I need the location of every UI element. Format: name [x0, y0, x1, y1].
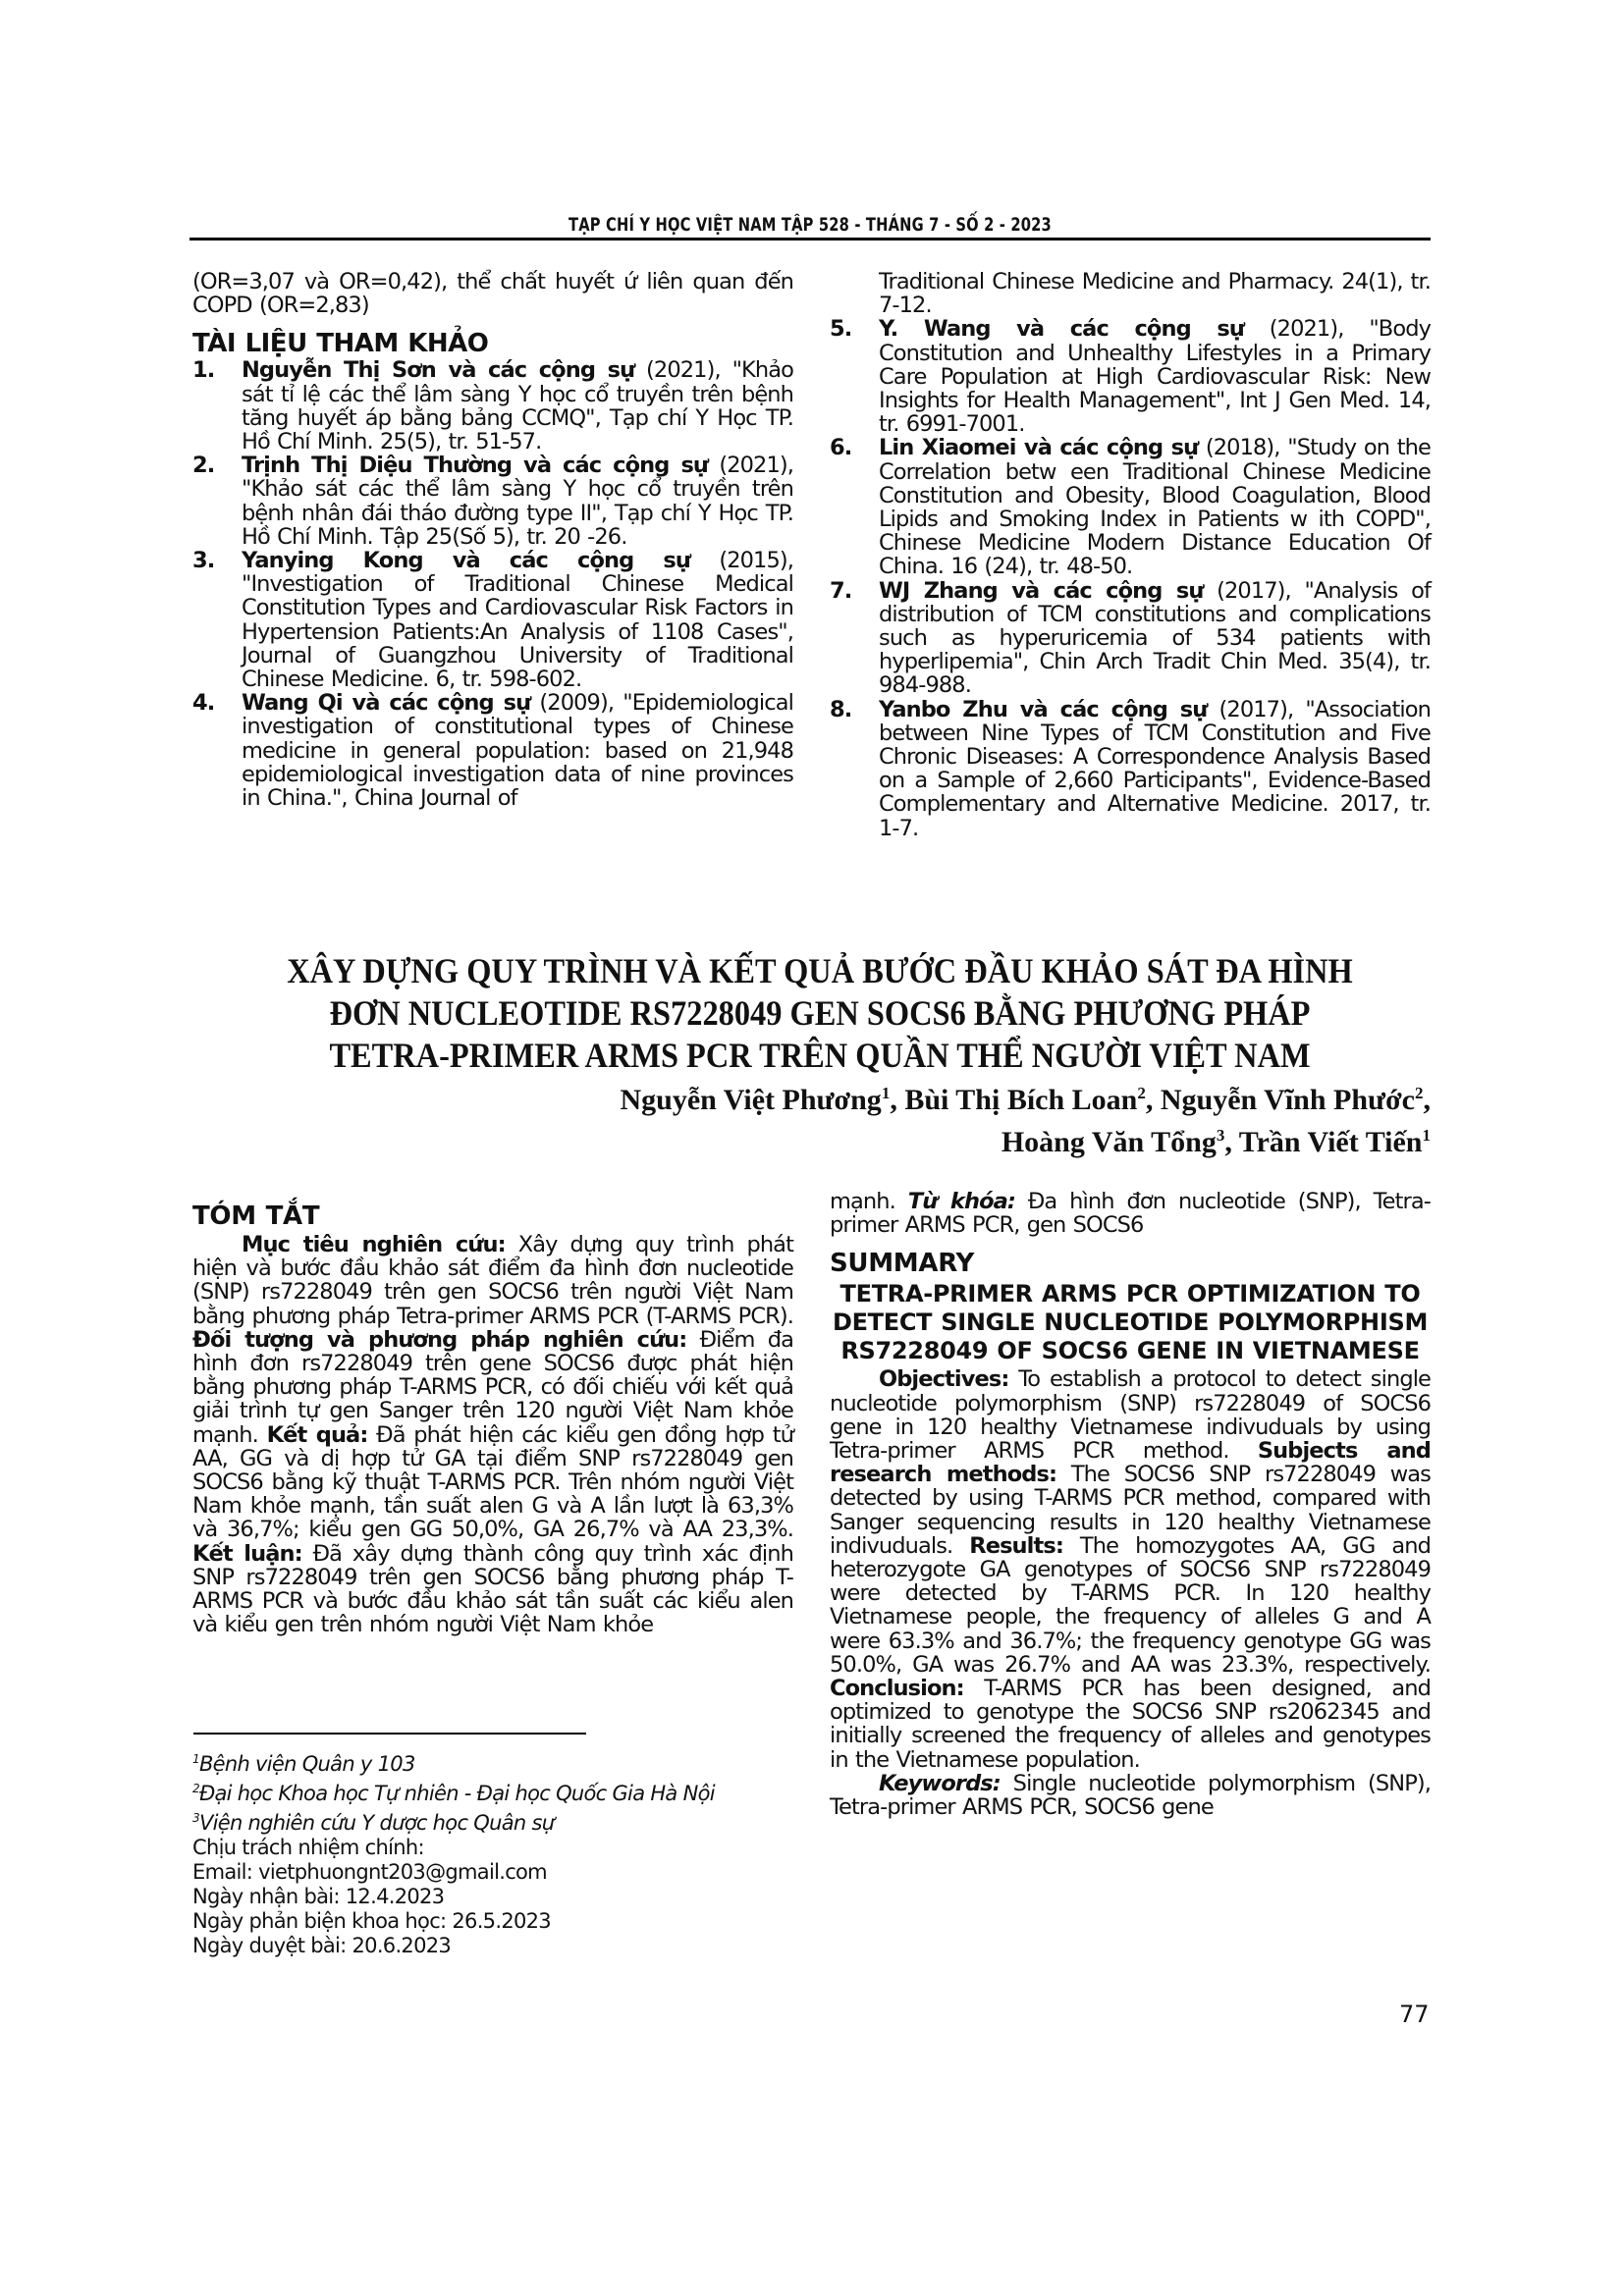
left-column-top: (OR=3,07 và OR=0,42), thể chất huyết ứ l…	[192, 270, 793, 810]
affiliation-1: 1Bệnh viện Quân y 103	[192, 1747, 801, 1777]
date-received: Ngày nhận bài: 12.4.2023	[192, 1885, 801, 1909]
footnotes: 1Bệnh viện Quân y 103 2Đại học Khoa học …	[192, 1747, 801, 1958]
author-name: Hoàng Văn Tổng	[1001, 1126, 1217, 1158]
abstract-vietnamese: TÓM TẮT Mục tiêu nghiên cứu: Xây dựng qu…	[192, 1196, 793, 1636]
reference-authors: Wang Qi và các cộng sự	[242, 690, 530, 716]
footnote-rule	[193, 1733, 586, 1735]
author-name: Trần Viết Tiến	[1239, 1126, 1423, 1158]
reference-authors: Nguyễn Thị Sơn và các cộng sự	[242, 357, 634, 383]
affiliation-3: 3Viện nghiên cứu Y dược học Quân sự	[192, 1806, 801, 1836]
abstract-en-body: Objectives: To establish a protocol to d…	[830, 1367, 1431, 1771]
references-heading: TÀI LIỆU THAM KHẢO	[192, 329, 793, 358]
reference-authors: Lin Xiaomei và các cộng sự	[879, 435, 1198, 460]
author-name: Nguyễn Vĩnh Phước	[1161, 1084, 1415, 1116]
abstract-vi-keywords: mạnh. Từ khóa: Đa hình đơn nucleotide (S…	[830, 1190, 1431, 1237]
date-reviewed: Ngày phản biện khoa học: 26.5.2023	[192, 1909, 801, 1934]
reference-authors: Y. Wang và các cộng sự	[879, 316, 1244, 342]
page-number: 77	[1399, 2001, 1430, 2028]
date-accepted: Ngày duyệt bài: 20.6.2023	[192, 1934, 801, 1958]
abstract-english: mạnh. Từ khóa: Đa hình đơn nucleotide (S…	[830, 1190, 1431, 1819]
reference-item: 7. WJ Zhang và các cộng sự (2017), "Anal…	[830, 579, 1431, 698]
abstract-vi-body: Mục tiêu nghiên cứu: Xây dựng quy trình …	[192, 1233, 793, 1636]
affiliation-2: 2Đại học Khoa học Tự nhiên - Đại học Quố…	[192, 1777, 801, 1806]
reference-authors: Trịnh Thị Diệu Thường và các cộng sự	[242, 453, 708, 478]
article-title: XÂY DỰNG QUY TRÌNH VÀ KẾT QUẢ BƯỚC ĐẦU K…	[259, 950, 1381, 1077]
reference-item: 8. Yanbo Zhu và các cộng sự (2017), "Ass…	[830, 698, 1431, 840]
english-title: TETRA-PRIMER ARMS PCR OPTIMIZATION TO DE…	[830, 1280, 1431, 1365]
journal-running-header: TẠP CHÍ Y HỌC VIỆT NAM TẬP 528 - THÁNG 7…	[276, 214, 1343, 236]
author-name: Nguyễn Việt Phương	[621, 1084, 882, 1116]
summary-heading: SUMMARY	[830, 1249, 1431, 1278]
author-list: Nguyễn Việt Phương1, Bùi Thị Bích Loan2,…	[621, 1076, 1432, 1160]
right-column-top: Traditional Chinese Medicine and Pharmac…	[830, 270, 1431, 840]
reference-authors: WJ Zhang và các cộng sự	[879, 578, 1203, 604]
reference-item: 5. Y. Wang và các cộng sự (2021), "Body …	[830, 317, 1431, 436]
reference-item: 4. Wang Qi và các cộng sự (2009), "Epide…	[192, 691, 793, 810]
responsible-author-label: Chịu trách nhiệm chính:	[192, 1836, 801, 1860]
reference-authors: Yanying Kong và các cộng sự	[242, 548, 690, 573]
previous-conclusion-tail: (OR=3,07 và OR=0,42), thể chất huyết ứ l…	[192, 270, 793, 317]
contact-email: Email: vietphuongnt203@gmail.com	[192, 1860, 801, 1885]
reference-authors: Yanbo Zhu và các cộng sự	[879, 697, 1207, 722]
reference-item-continued: Traditional Chinese Medicine and Pharmac…	[830, 270, 1431, 317]
abstract-vi-heading: TÓM TẮT	[192, 1201, 793, 1231]
author-name: Bùi Thị Bích Loan	[904, 1084, 1137, 1116]
reference-item: 2. Trịnh Thị Diệu Thường và các cộng sự …	[192, 454, 793, 549]
reference-item: 1. Nguyễn Thị Sơn và các cộng sự (2021),…	[192, 358, 793, 454]
reference-item: 6. Lin Xiaomei và các cộng sự (2018), "S…	[830, 436, 1431, 578]
abstract-en-keywords: Keywords: Single nucleotide polymorphism…	[830, 1772, 1431, 1819]
reference-item: 3. Yanying Kong và các cộng sự (2015), "…	[192, 549, 793, 691]
header-rule	[189, 238, 1431, 240]
